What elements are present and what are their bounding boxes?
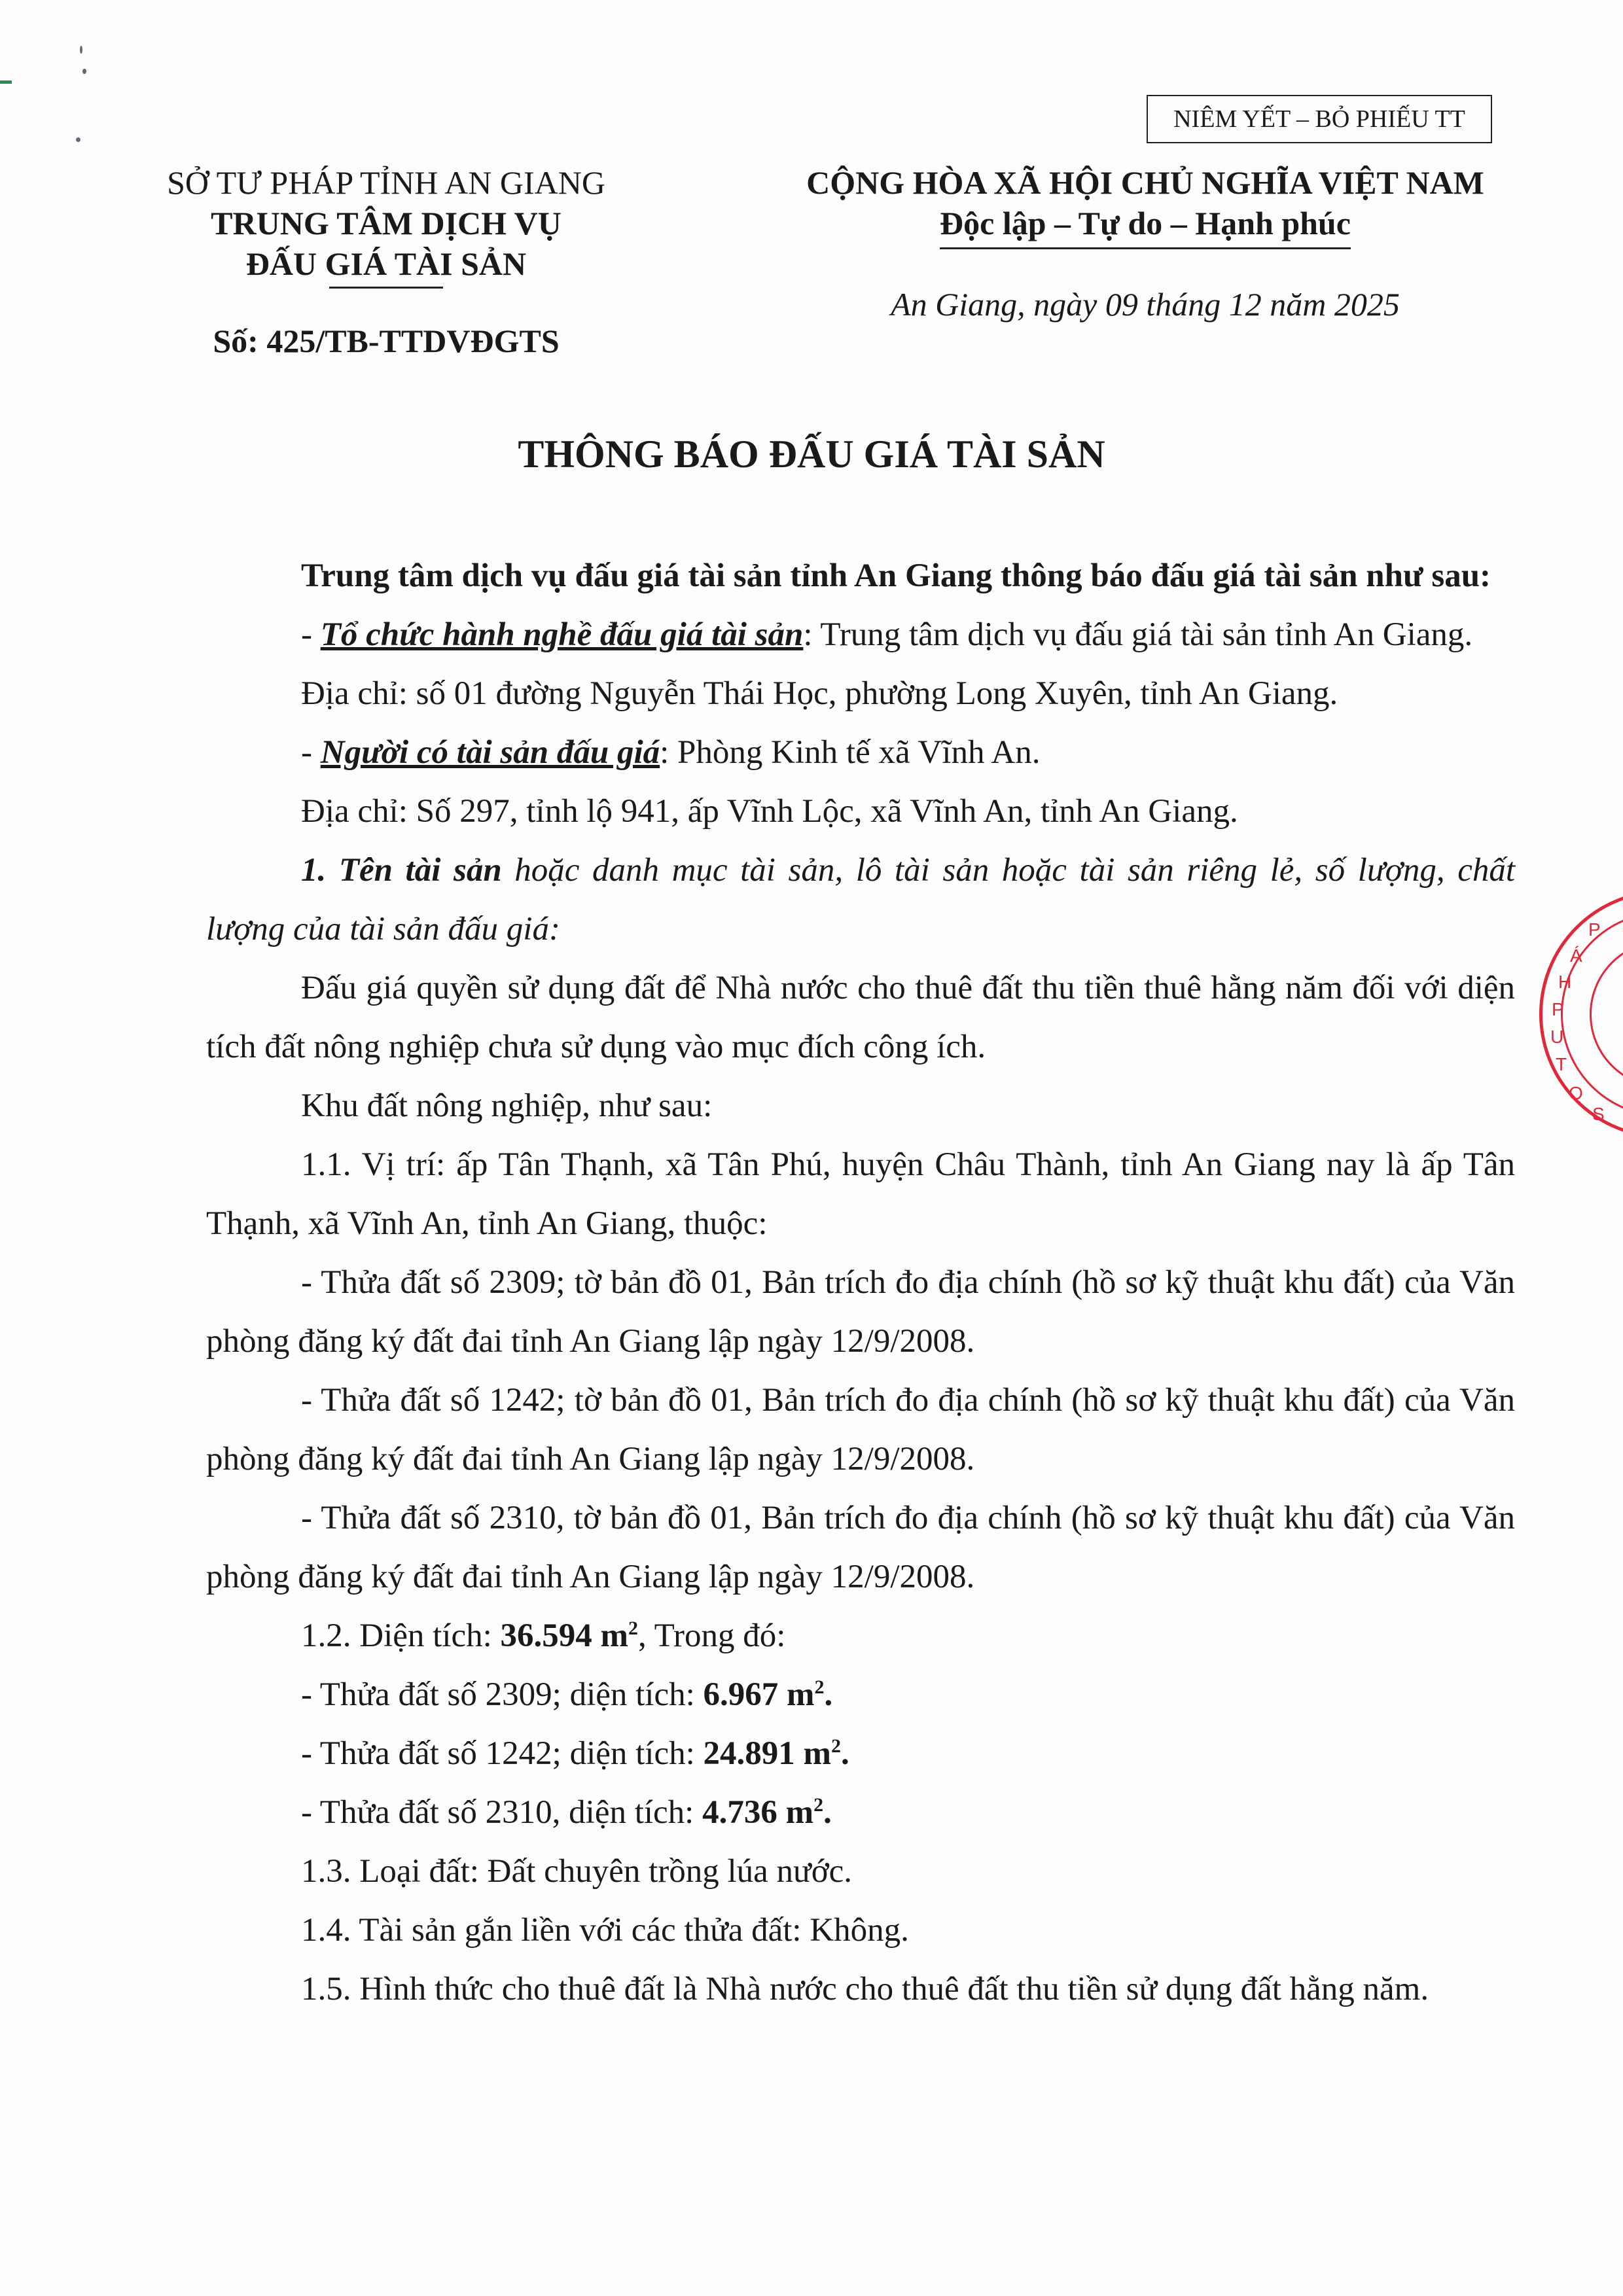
posting-stamp-text: NIÊM YẾT – BỎ PHIẾU TT [1173, 105, 1465, 133]
seal-line: D [1601, 987, 1623, 1010]
issuer-name-line2: ĐẤU GIÁ TÀI SẢN [131, 243, 641, 284]
area-total-value: 36.594 m [501, 1617, 628, 1654]
seal-line: ĐẤU [1601, 1010, 1623, 1032]
posting-stamp-box: NIÊM YẾT – BỎ PHIẾU TT [1147, 95, 1492, 143]
owner-label: Người có tài sản đấu giá [321, 734, 660, 771]
header-divider [329, 287, 443, 289]
parcel-item: - Thửa đất số 1242; tờ bản đồ 01, Bản tr… [206, 1371, 1515, 1489]
area-total: 1.2. Diện tích: 36.594 m2, Trong đó: [206, 1606, 1515, 1665]
country-name: CỘNG HÒA XÃ HỘI CHỦ NGHĨA VIỆT NAM [753, 162, 1538, 203]
lease-form: 1.5. Hình thức cho thuê đất là Nhà nước … [206, 1960, 1515, 2019]
area-item-value: 4.736 m [702, 1794, 813, 1831]
scan-margin-mark [0, 80, 12, 84]
organizer-paragraph: - Tổ chức hành nghề đấu giá tài sản: Tru… [206, 605, 1515, 664]
organizer-address: Địa chỉ: số 01 đường Nguyễn Thái Học, ph… [206, 664, 1515, 723]
intro-paragraph: Trung tâm dịch vụ đấu giá tài sản tỉnh A… [206, 546, 1515, 605]
area-unit-superscript: 2 [813, 1794, 823, 1816]
seal-ring-letter: Q [1569, 1083, 1583, 1104]
seal-ring-letter: S [1592, 1104, 1605, 1125]
organizer-value: : Trung tâm dịch vụ đấu giá tài sản tỉnh… [803, 616, 1472, 653]
seal-line: TỈN [1601, 1032, 1623, 1054]
parcel-item: - Thửa đất số 2310, tờ bản đồ 01, Bản tr… [206, 1489, 1515, 1606]
owner-address: Địa chỉ: Số 297, tỉnh lộ 941, ấp Vĩnh Lộ… [206, 782, 1515, 841]
area-item: - Thửa đất số 1242; diện tích: 24.891 m2… [206, 1724, 1515, 1783]
seal-ring-letter: U [1550, 1027, 1563, 1048]
asset-description: Đấu giá quyền sử dụng đất để Nhà nước ch… [206, 959, 1515, 1076]
issuer-name-line1: TRUNG TÂM DỊCH VỤ [131, 203, 641, 243]
land-intro: Khu đất nông nghiệp, như sau: [206, 1076, 1515, 1135]
seal-ring-letter: P [1552, 999, 1564, 1020]
area-item-value: 6.967 m [704, 1676, 815, 1713]
section1-heading: 1. Tên tài sản hoặc danh mục tài sản, lô… [206, 841, 1515, 959]
document-title: THÔNG BÁO ĐẤU GIÁ TÀI SẢN [0, 432, 1623, 477]
area-unit-superscript: 2 [815, 1676, 825, 1698]
location-paragraph: 1.1. Vị trí: ấp Tân Thạnh, xã Tân Phú, h… [206, 1135, 1515, 1253]
area-label: 1.2. Diện tích: [301, 1617, 501, 1654]
area-suffix: , Trong đó: [638, 1617, 785, 1654]
parcel-item: - Thửa đất số 2309; tờ bản đồ 01, Bản tr… [206, 1253, 1515, 1371]
area-item-value: 24.891 m [704, 1735, 831, 1772]
attached-assets: 1.4. Tài sản gắn liền với các thửa đất: … [206, 1901, 1515, 1960]
document-body: Trung tâm dịch vụ đấu giá tài sản tỉnh A… [206, 546, 1515, 2019]
national-header: CỘNG HÒA XÃ HỘI CHỦ NGHĨA VIỆT NAM Độc l… [753, 162, 1538, 249]
issuer-header: SỞ TƯ PHÁP TỈNH AN GIANG TRUNG TÂM DỊCH … [131, 162, 641, 289]
seal-core-text: TR D ĐẤU TỈN [1601, 965, 1623, 1054]
scan-speck [80, 46, 82, 54]
area-item-label: - Thửa đất số 2309; diện tích: [301, 1676, 704, 1713]
area-item-label: - Thửa đất số 1242; diện tích: [301, 1735, 704, 1772]
scan-speck [76, 137, 80, 142]
area-item: - Thửa đất số 2310, diện tích: 4.736 m2. [206, 1783, 1515, 1842]
national-motto: Độc lập – Tự do – Hạnh phúc [940, 203, 1351, 249]
area-unit-superscript: 2 [628, 1617, 638, 1639]
area-unit-superscript: 2 [831, 1735, 841, 1757]
seal-ring-letter: Á [1570, 945, 1582, 966]
owner-value: : Phòng Kinh tế xã Vĩnh An. [660, 734, 1040, 771]
document-number: Số: 425/TB-TTDVĐGTS [131, 322, 641, 360]
land-type: 1.3. Loại đất: Đất chuyên trồng lúa nước… [206, 1842, 1515, 1901]
seal-ring-letter: H [1558, 972, 1571, 993]
area-item: - Thửa đất số 2309; diện tích: 6.967 m2. [206, 1665, 1515, 1724]
official-seal: P Á H P U T Q S TR D ĐẤU TỈN [1539, 890, 1623, 1139]
scan-speck [82, 69, 86, 74]
seal-line: TR [1601, 965, 1623, 987]
owner-paragraph: - Người có tài sản đấu giá: Phòng Kinh t… [206, 723, 1515, 782]
document-date: An Giang, ngày 09 tháng 12 năm 2025 [753, 285, 1538, 323]
area-item-label: - Thửa đất số 2310, diện tích: [301, 1794, 702, 1831]
parent-agency: SỞ TƯ PHÁP TỈNH AN GIANG [131, 162, 641, 203]
organizer-label: Tổ chức hành nghề đấu giá tài sản [321, 616, 804, 653]
seal-ring-letter: T [1556, 1054, 1567, 1075]
section1-title: 1. Tên tài sản [301, 852, 502, 889]
seal-ring-letter: P [1588, 919, 1601, 940]
